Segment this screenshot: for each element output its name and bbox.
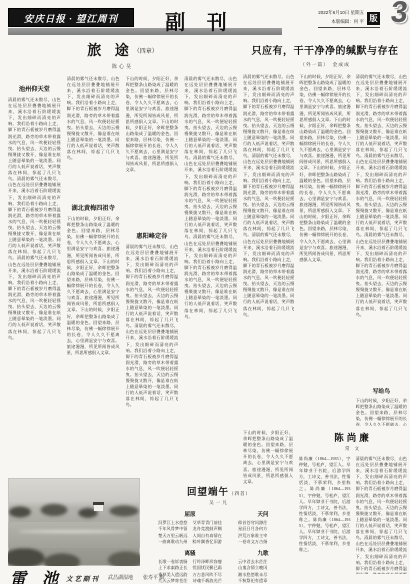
article-travel: 旅 途（四章） 陈心昊 池州仰天堂 清晨的雾气还未散尽，山色在远处层层叠叠地铺展… — [8, 40, 237, 474]
body-text: 清晨的雾气还未散尽，山色在远处层层叠叠地铺展开来，溪水沿着石阶缓缓流下，发出细碎… — [126, 244, 179, 409]
poem-quyuan: 屈原 汨罗江上水悠悠 千年风骨梦中留 楚天万里云帆远 一曲离歌动九州 艾草青青门… — [148, 510, 232, 545]
text-column: 清晨的雾气还未散尽，山色在远处层层叠叠地铺展开来，溪水沿着石阶缓缓流下，发出细碎… — [356, 74, 407, 426]
poem-column-right: 天问 仰首苍穹问渺茫 星辰日月各何方 洪荒万象谁主宰 一卷奇文万古扬 九歌 云中… — [238, 510, 288, 584]
newspaper-page: 安庆日报 · 望江周刊 副 刊 2022年6月10日 星期五 本版编辑：何 平 … — [0, 0, 410, 584]
body-text: 清晨的雾气还未散尽，山色在远处层层叠叠地铺展开来，溪水沿着石阶缓缓流下，发出细碎… — [184, 76, 237, 474]
poem-line: 粽叶飘香忆旧游 — [193, 539, 222, 545]
text-column: 清晨的雾气还未散尽，山色在远处层层叠叠地铺展开来，溪水沿着石阶缓缓流下，发出细碎… — [67, 76, 120, 474]
masthead-logo: 安庆日报 · 望江周刊 — [8, 8, 134, 27]
leichi-logo-subtitle: 文艺副刊 — [66, 574, 100, 583]
text-column: 池州仰天堂 清晨的雾气还未散尽，山色在远处层层叠叠地铺展开来，溪水沿着石阶缓缓流… — [8, 76, 61, 474]
body-text: 陈尚廉（1864—1935），字仲勉，号松庐，望江人。早年肄业于书院，后游学四方… — [299, 456, 351, 574]
poem-jiuge: 九歌 云中君去水茫茫 山鬼含情立晚冈 湘水悠悠歌未尽 千秋祭祀有遗章 — [238, 549, 288, 584]
body-text: 清晨的雾气还未散尽，山色在远处层层叠叠地铺展开来，溪水沿着石阶缓缓流下，发出细碎… — [8, 97, 61, 341]
edition-badge: 版 — [367, 12, 380, 25]
poem-title: 九歌 — [238, 549, 288, 557]
section-subhead: 湖北黄梅四祖寺 — [67, 203, 120, 212]
body-text: 下山的时候，夕阳正好，余晖把整条山路染成了温暖的金色。回望来路，层林尽染，仿佛一… — [356, 398, 407, 426]
poem-author: 吴一凡 — [148, 500, 290, 506]
poem-title: 屈原 — [148, 510, 232, 518]
article-essay: 只应有，干干净净的缄默与存在 （外一篇） 金成成 清晨的雾气还未散尽，山色在远处… — [243, 42, 407, 426]
photo-caption: 武昌湖湿地张寿平 摄 — [108, 574, 164, 581]
article-essay-author: （外一篇） 金成成 — [243, 61, 407, 68]
meta-underline — [318, 27, 380, 28]
biography-author: 常 文 — [299, 446, 407, 452]
body-text: 清晨的雾气还未散尽，山色在远处层层叠叠地铺展开来，溪水沿着石阶缓缓流下，发出细碎… — [356, 74, 407, 382]
photo-foreground-trees — [100, 544, 140, 566]
body-text: 下山的时候，夕阳正好，余晖把整条山路染成了温暖的金色。回望来路，层林尽染，仿佛一… — [299, 74, 350, 426]
biography-columns: 陈尚廉（1864—1935），字仲勉，号松庐，望江人。早年肄业于书院，后游学四方… — [299, 456, 407, 574]
date-line: 2022年6月10日 星期五 — [318, 9, 364, 18]
editor-line: 本版编辑：何 平 — [318, 18, 364, 27]
text-column: 清晨的雾气还未散尽，山色在远处层层叠叠地铺展开来，溪水沿着石阶缓缓流下，发出细碎… — [184, 76, 237, 474]
article-essay-tail: 下山的时候，夕阳正好，余晖把整条山路染成了温暖的金色。回望来路，层林尽染，仿佛一… — [243, 430, 293, 484]
biography-title: 陈尚廉 — [299, 430, 407, 444]
supplement-logo-row: 雷 池 文艺副刊 武昌湖湿地张寿平 摄 — [8, 566, 238, 584]
text-column: 清晨的雾气还未散尽，山色在远处层层叠叠地铺展开来，溪水沿着石阶缓缓流下，发出细碎… — [243, 74, 294, 426]
header-meta: 2022年6月10日 星期五 本版编辑：何 平 — [318, 9, 364, 26]
page-number: 3 — [390, 0, 410, 30]
text-column: 下山的时候，夕阳正好，余晖把整条山路染成了温暖的金色。回望来路，层林尽染，仿佛一… — [299, 74, 350, 426]
poem-title: 离骚 — [148, 549, 232, 557]
poem-line: 千年风骨梦中留 — [158, 526, 187, 532]
article-travel-title: 旅 途（四章） — [8, 40, 237, 60]
photo-foreground-trees — [8, 538, 90, 566]
body-text: 清晨的雾气还未散尽，山色在远处层层叠叠地铺展开来，溪水沿着石阶缓缓流下，发出细碎… — [243, 74, 294, 426]
poem-tianwen: 天问 仰首苍穹问渺茫 星辰日月各何方 洪荒万象谁主宰 一卷奇文万古扬 — [238, 510, 288, 545]
poem-line: 楚天万里云帆远 — [158, 533, 187, 539]
page-title: 副 刊 — [150, 6, 250, 35]
section-subhead: 写给鸟 — [356, 386, 407, 395]
poem-line: 一卷奇文万古扬 — [238, 539, 288, 545]
article-biography: 陈尚廉 常 文 陈尚廉（1864—1935），字仲勉，号松庐，望江人。早年肄业于… — [299, 430, 407, 574]
masthead-text: 安庆日报 · 望江周刊 — [24, 11, 118, 25]
photo-credit: 张寿平 摄 — [143, 576, 164, 581]
text-column: 清晨的雾气还未散尽，山色在远处层层叠叠地铺展开来，溪水沿着石阶缓缓流下，发出细碎… — [356, 456, 408, 574]
poem-line: 人间自有真情在 — [193, 533, 222, 539]
poem-line: 龙舟竞渡鼓声稠 — [193, 526, 222, 532]
body-text: 下山的时候，夕阳正好，余晖把整条山路染成了温暖的金色。回望来路，层林尽染，仿佛一… — [67, 216, 120, 356]
leichi-logo: 雷 池 — [10, 566, 64, 584]
poem-title: 天问 — [238, 510, 288, 518]
text-column: 陈尚廉（1864—1935），字仲勉，号松庐，望江人。早年肄业于书院，后游学四方… — [299, 456, 351, 574]
poem-section-title: 回望端午（四首） — [148, 484, 290, 498]
article-travel-columns: 池州仰天堂 清晨的雾气还未散尽，山色在远处层层叠叠地铺展开来，溪水沿着石阶缓缓流… — [8, 76, 237, 474]
article-travel-title-suffix: （四章） — [134, 49, 158, 55]
poem-verses: 汨罗江上水悠悠 千年风骨梦中留 楚天万里云帆远 一曲离歌动九州 艾草青青门前挂 … — [148, 520, 232, 545]
poem-line: 一曲离歌动九州 — [158, 539, 187, 545]
article-travel-author: 陈心昊 — [8, 63, 237, 70]
article-essay-title: 只应有，干干净净的缄默与存在 — [243, 42, 407, 57]
photo-treeline — [8, 500, 140, 522]
body-text: 清晨的雾气还未散尽，山色在远处层层叠叠地铺展开来，溪水沿着石阶缓缓流下，发出细碎… — [67, 76, 120, 198]
wetland-photo — [8, 478, 140, 566]
section-subhead: 池州仰天堂 — [8, 84, 61, 93]
photo-water-highlight — [18, 530, 128, 533]
poem-line: 千秋祭祀有遗章 — [238, 578, 288, 584]
text-column: 下山的时候，夕阳正好，余晖把整条山路染成了温暖的金色。回望来路，层林尽染，仿佛一… — [126, 76, 179, 474]
section-subhead: 惠阳峰定谷 — [126, 231, 179, 240]
body-text: 下山的时候，夕阳正好，余晖把整条山路染成了温暖的金色。回望来路，层林尽染，仿佛一… — [126, 76, 179, 226]
article-essay-columns: 清晨的雾气还未散尽，山色在远处层层叠叠地铺展开来，溪水沿着石阶缓缓流下，发出细碎… — [243, 74, 407, 426]
body-text: 清晨的雾气还未散尽，山色在远处层层叠叠地铺展开来，溪水沿着石阶缓缓流下，发出细碎… — [356, 456, 408, 574]
poem-title-suffix: （四首） — [229, 491, 251, 496]
photo-house — [94, 505, 103, 511]
